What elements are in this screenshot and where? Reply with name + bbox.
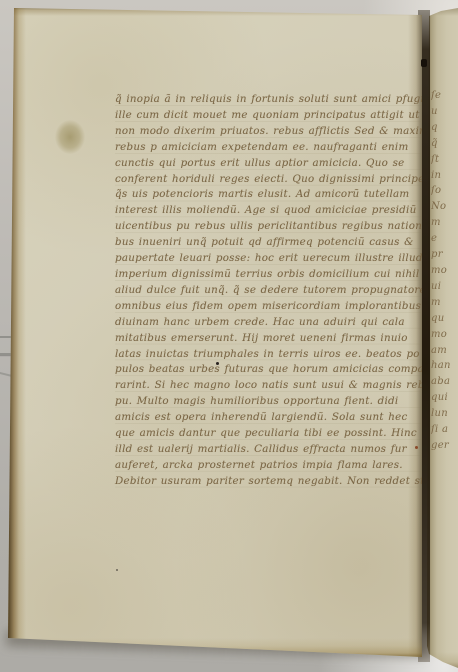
manuscript-line: diuinam hanc urbem crede. Hac una aduiri… bbox=[115, 315, 423, 331]
manuscript-line: aliud dulce fuit unq̃. q̃ se dedere tuto… bbox=[115, 283, 423, 299]
manuscript-line: rarint. Si hec magno loco natis sunt usu… bbox=[115, 378, 423, 394]
margin-fragment: lun bbox=[431, 406, 457, 422]
margin-fragment: ui bbox=[431, 279, 457, 295]
manuscript-line: bus inueniri unq̃ potuit qd affirmeq pot… bbox=[115, 235, 423, 251]
manuscript-line: que amicis dantur que peculiaria tibi ee… bbox=[115, 426, 423, 442]
margin-fragment: qui bbox=[431, 390, 457, 406]
margin-fragment: mo bbox=[431, 263, 457, 279]
margin-fragment: No bbox=[431, 199, 457, 215]
margin-fragment: u bbox=[431, 104, 457, 120]
parchment-stain bbox=[55, 120, 85, 154]
manuscript-line: ille cum dicit mouet me quoniam principa… bbox=[115, 108, 423, 124]
manuscript-line: pulos beatas urbes futuras que horum ami… bbox=[115, 362, 423, 378]
manuscript-line: mitatibus emerserunt. Hij moret ueneni f… bbox=[115, 331, 423, 347]
manuscript-line: omnibus eius fidem opem misericordiam im… bbox=[115, 299, 423, 315]
margin-fragment: ſo bbox=[431, 183, 457, 199]
margin-fragment: q̃ bbox=[431, 136, 457, 152]
manuscript-line: conferent horiduli reges eiecti. Quo dig… bbox=[115, 172, 423, 188]
manuscript-line: q̃ inopia ã in reliquis in fortunis solu… bbox=[115, 92, 423, 108]
margin-fragment: ſi a bbox=[431, 422, 457, 438]
facing-page-text-fragments: ſe u q q̃ ſt in ſo No m e pr mo ui m qu … bbox=[431, 88, 457, 470]
margin-fragment: am bbox=[431, 343, 457, 359]
margin-fragment: aba bbox=[431, 374, 457, 390]
manuscript-line: illd est ualerij martialis. Callidus eff… bbox=[115, 442, 423, 458]
manuscript-line: latas inuictas triumphales in terris uir… bbox=[115, 347, 423, 363]
gutter-dark-notch bbox=[421, 59, 427, 67]
manuscript-line: auferet, arcka prosternet patrios impia … bbox=[115, 458, 423, 474]
ink-speck bbox=[216, 362, 219, 365]
manuscript-line: uicentibus pu rebus ullis periclitantibu… bbox=[115, 219, 423, 235]
margin-fragment: ger bbox=[431, 438, 457, 454]
manuscript-line: non modo dixerim priuatos. rebus afflict… bbox=[115, 124, 423, 140]
margin-fragment: han bbox=[431, 358, 457, 374]
margin-fragment: in bbox=[431, 168, 457, 184]
margin-fragment: m bbox=[431, 295, 457, 311]
text-block: q̃ inopia ã in reliquis in fortunis solu… bbox=[115, 92, 423, 492]
manuscript-line: imperium dignissimũ terrius orbis domici… bbox=[115, 267, 423, 283]
margin-fragment: ſt bbox=[431, 152, 457, 168]
margin-fragment: q bbox=[431, 120, 457, 136]
dust-speck bbox=[116, 569, 118, 571]
manuscript-line: rebus p amiciciam expetendam ee. naufrag… bbox=[115, 140, 423, 156]
margin-fragment: m bbox=[431, 215, 457, 231]
red-speck bbox=[415, 446, 418, 449]
manuscript-page: q̃ inopia ã in reliquis in fortunis solu… bbox=[8, 6, 422, 658]
manuscript-line: cunctis qui portus erit ullus aptior ami… bbox=[115, 156, 423, 172]
margin-fragment: ſe bbox=[431, 88, 457, 104]
manuscript-photo: ſe u q q̃ ſt in ſo No m e pr mo ui m qu … bbox=[0, 0, 458, 672]
manuscript-line: Debitor usuram pariter sortemq negabit. … bbox=[115, 474, 423, 490]
margin-fragment: qu bbox=[431, 311, 457, 327]
margin-fragment: pr bbox=[431, 247, 457, 263]
manuscript-line: paupertate leuari posse: hoc erit uerecu… bbox=[115, 251, 423, 267]
manuscript-line: q̃s uis potencioris martis elusit. Ad am… bbox=[115, 187, 423, 203]
manuscript-line: interest illis moliendũ. Age si quod ami… bbox=[115, 203, 423, 219]
margin-fragment: e bbox=[431, 231, 457, 247]
margin-fragment: mo bbox=[431, 327, 457, 343]
manuscript-line: pu. Multo magis humilioribus opportuna f… bbox=[115, 394, 423, 410]
manuscript-line: amicis est opera inherendũ largiendũ. So… bbox=[115, 410, 423, 426]
